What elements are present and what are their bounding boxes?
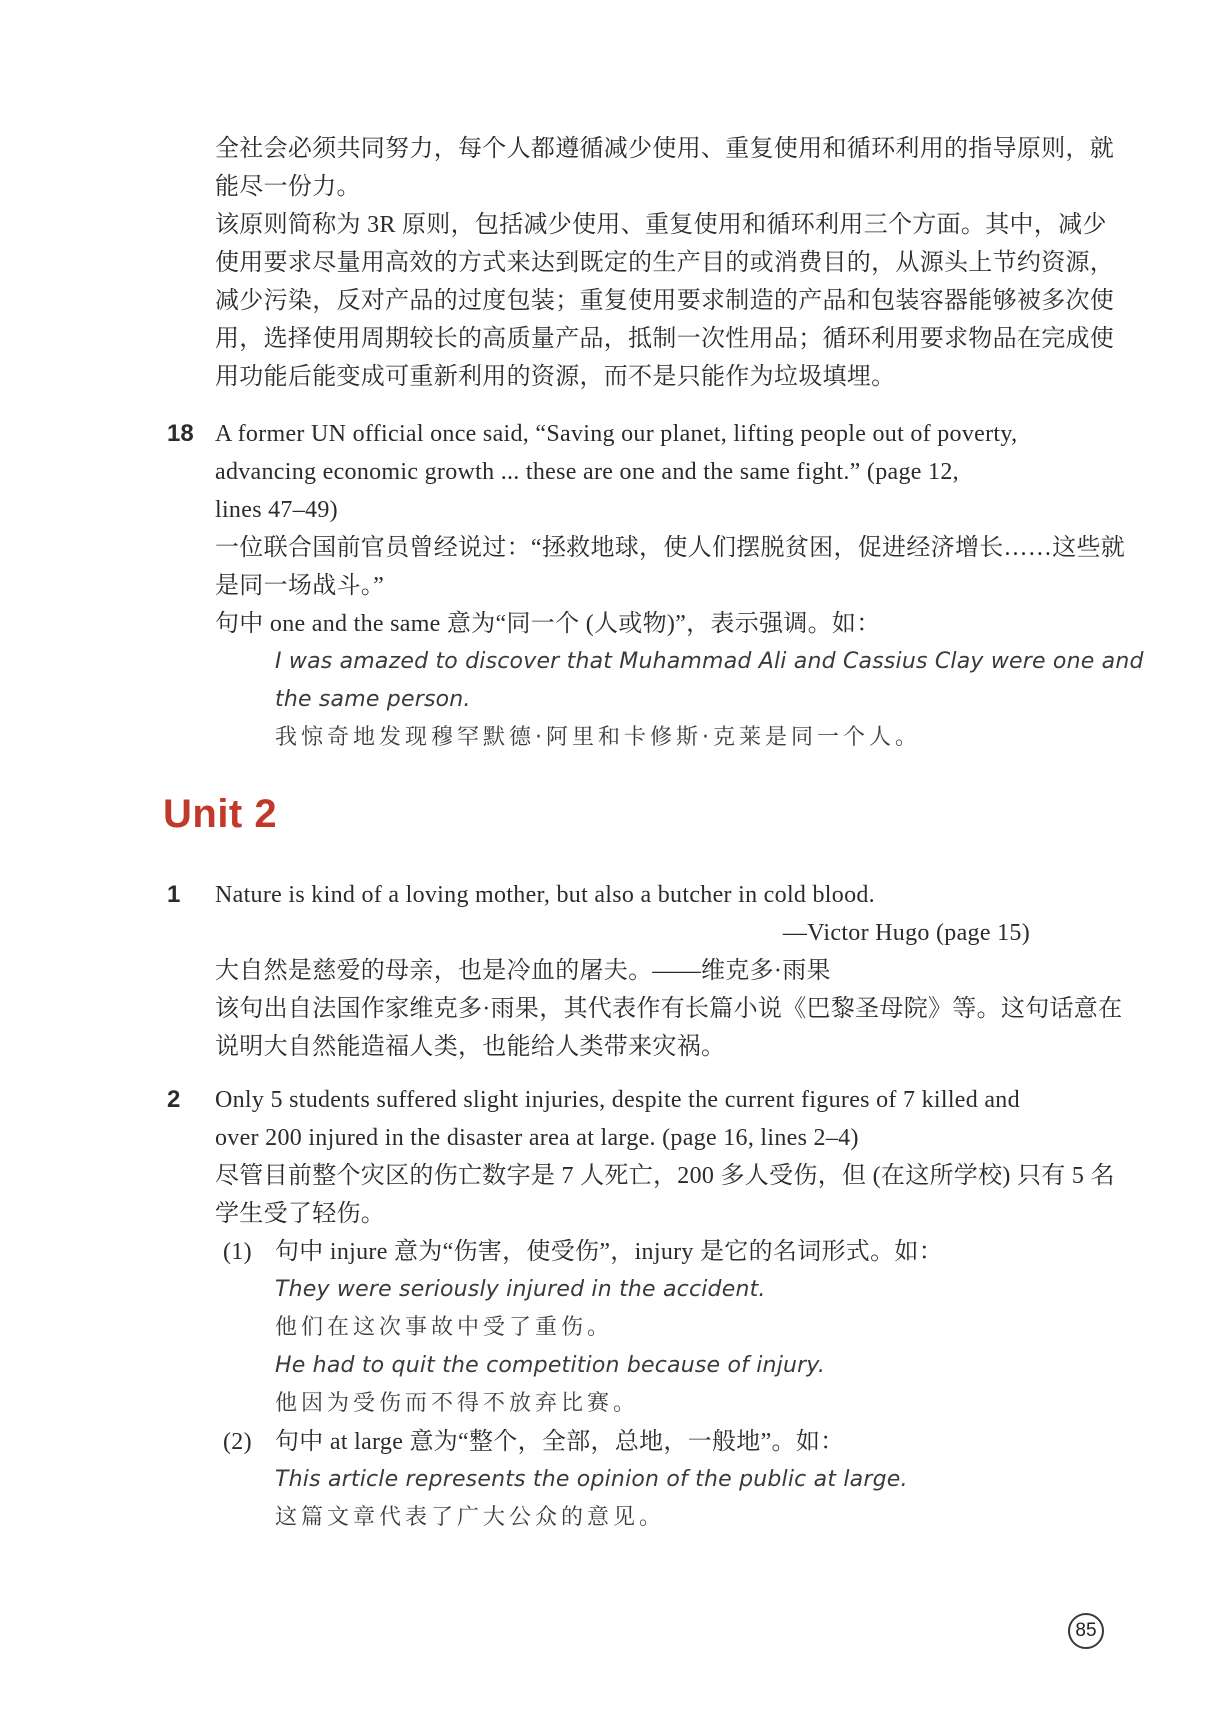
unit-heading: Unit 2 (163, 790, 1052, 838)
list-item: 18A former UN official once said, “Savin… (167, 415, 1052, 757)
text-line: 用功能后能变成可重新利用的资源，而不是只能作为垃圾填埋。 (215, 358, 1052, 396)
example-line: 他们在这次事故中受了重伤。 (275, 1309, 1052, 1347)
document-page: 全社会必须共同努力，每个人都遵循减少使用、重复使用和循环利用的指导原则，就能尽一… (0, 0, 1207, 1717)
text-line: 该原则简称为 3R 原则，包括减少使用、重复使用和循环利用三个方面。其中，减少 (215, 206, 1052, 244)
text-line: 是同一场战斗。” (215, 567, 1052, 605)
list-item: 2Only 5 students suffered slight injurie… (167, 1081, 1052, 1537)
item-number: 1 (167, 876, 215, 914)
sub-item-marker: (2) (223, 1423, 275, 1461)
paragraph: 全社会必须共同努力，每个人都遵循减少使用、重复使用和循环利用的指导原则，就能尽一… (215, 130, 1052, 206)
example-line: They were seriously injured in the accid… (275, 1271, 1052, 1309)
text-line: 该句出自法国作家维克多·雨果，其代表作有长篇小说《巴黎圣母院》等。这句话意在 (215, 990, 1052, 1028)
page-number-badge: 85 (1068, 1613, 1104, 1649)
item-lines: A former UN official once said, “Saving … (215, 415, 1052, 757)
sub-item-marker: (1) (223, 1233, 275, 1271)
text-line: lines 47–49) (215, 491, 1052, 529)
text-line: advancing economic growth ... these are … (215, 453, 1052, 491)
text-line: 用，选择使用周期较长的高质量产品，抵制一次性用品；循环利用要求物品在完成使 (215, 320, 1052, 358)
text-line: (1)句中 injure 意为“伤害，使受伤”，injury 是它的名词形式。如… (223, 1233, 1052, 1271)
example-line: 他因为受伤而不得不放弃比赛。 (275, 1385, 1052, 1423)
example-line: the same person. (275, 681, 1052, 719)
text-line: 句中 one and the same 意为“同一个 (人或物)”，表示强调。如… (215, 605, 1052, 643)
sub-item-text: 句中 injure 意为“伤害，使受伤”，injury 是它的名词形式。如： (275, 1233, 943, 1271)
text-line: 尽管目前整个灾区的伤亡数字是 7 人死亡，200 多人受伤，但 (在这所学校) … (215, 1157, 1052, 1195)
text-line: 全社会必须共同努力，每个人都遵循减少使用、重复使用和循环利用的指导原则，就 (215, 130, 1052, 168)
item-number: 18 (167, 415, 215, 453)
example-line: This article represents the opinion of t… (275, 1461, 1052, 1499)
page-number: 85 (1075, 1620, 1096, 1642)
paragraph: 该原则简称为 3R 原则，包括减少使用、重复使用和循环利用三个方面。其中，减少使… (215, 206, 1052, 396)
text-line: 使用要求尽量用高效的方式来达到既定的生产目的或消费目的，从源头上节约资源， (215, 244, 1052, 282)
example-line: I was amazed to discover that Muhammad A… (275, 643, 1052, 681)
text-line: (2)句中 at large 意为“整个，全部，总地，一般地”。如： (223, 1423, 1052, 1461)
sub-item-text: 句中 at large 意为“整个，全部，总地，一般地”。如： (275, 1423, 844, 1461)
text-line: 减少污染，反对产品的过度包装；重复使用要求制造的产品和包装容器能够被多次使 (215, 282, 1052, 320)
text-line: A former UN official once said, “Saving … (215, 415, 1052, 453)
text-line: Nature is kind of a loving mother, but a… (215, 876, 1052, 914)
example-line: 这篇文章代表了广大公众的意见。 (275, 1499, 1052, 1537)
text-line: 能尽一份力。 (215, 168, 1052, 206)
example-line: 我惊奇地发现穆罕默德·阿里和卡修斯·克莱是同一个人。 (275, 719, 1052, 757)
content: 全社会必须共同努力，每个人都遵循减少使用、重复使用和循环利用的指导原则，就能尽一… (167, 130, 1052, 1537)
text-line: 一位联合国前官员曾经说过：“拯救地球，使人们摆脱贫困，促进经济增长……这些就 (215, 529, 1052, 567)
list-item: 1Nature is kind of a loving mother, but … (167, 876, 1052, 1066)
text-line: 学生受了轻伤。 (215, 1195, 1052, 1233)
text-line: Only 5 students suffered slight injuries… (215, 1081, 1052, 1119)
text-line: 说明大自然能造福人类，也能给人类带来灾祸。 (215, 1028, 1052, 1066)
text-line: over 200 injured in the disaster area at… (215, 1119, 1052, 1157)
item-lines: Only 5 students suffered slight injuries… (215, 1081, 1052, 1537)
example-line: He had to quit the competition because o… (275, 1347, 1052, 1385)
item-number: 2 (167, 1081, 215, 1119)
item-lines: Nature is kind of a loving mother, but a… (215, 876, 1052, 1066)
text-line: —Victor Hugo (page 15) (215, 914, 1030, 952)
text-line: 大自然是慈爱的母亲，也是冷血的屠夫。——维克多·雨果 (215, 952, 1052, 990)
